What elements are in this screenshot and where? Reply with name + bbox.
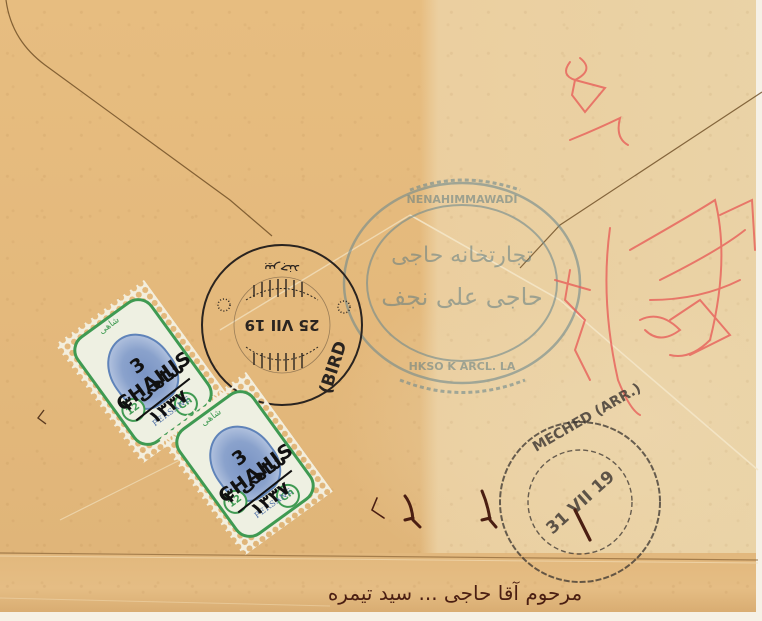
envelope-photo: NENAHIMMAWADI HKSO K ARCL. LA تجارتخانه … xyxy=(0,0,762,621)
handwriting: مرحوم آقا حاجی ... سید تیمره xyxy=(0,0,762,621)
handwritten-address: مرحوم آقا حاجی ... سید تیمره xyxy=(328,580,582,605)
